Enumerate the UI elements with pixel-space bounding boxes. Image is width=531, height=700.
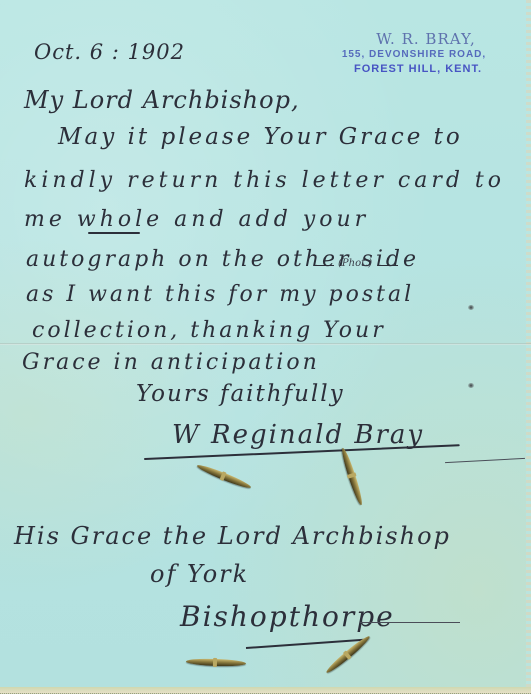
signature-tail [445, 458, 525, 463]
brass-fastener-icon [339, 447, 364, 506]
address-line: Bishopthorpe [180, 600, 395, 633]
closing: Yours faithfully [136, 381, 345, 407]
salutation: My Lord Archbishop, [24, 86, 300, 114]
body-line: as I want this for my postal [26, 282, 414, 307]
brass-fastener-icon [186, 658, 246, 667]
address-line: of York [150, 560, 249, 588]
signature: W Reginald Bray [172, 420, 424, 450]
address-flourish [246, 639, 366, 649]
address-flourish-tail [360, 622, 460, 623]
annotation-dash-left [316, 265, 334, 266]
annotation-dash-right [380, 265, 398, 266]
letter-card: W. R. BRAY, 155, DEVONSHIRE ROAD, FOREST… [0, 0, 531, 694]
perforated-edge [526, 0, 531, 694]
body-line: Grace in anticipation [22, 350, 320, 375]
pin-hole [468, 383, 474, 388]
pin-hole [468, 305, 474, 310]
annotation-phot: (Phot.) [338, 258, 372, 269]
stamp-town: FOREST HILL, KENT. [333, 63, 503, 75]
rubber-stamp-address: W. R. BRAY, 155, DEVONSHIRE ROAD, FOREST… [333, 30, 503, 75]
body-line: May it please Your Grace to [58, 124, 463, 150]
body-line: collection, thanking Your [32, 318, 386, 343]
underline-whole [88, 232, 140, 234]
stamp-street: 155, DEVONSHIRE ROAD, [325, 49, 503, 60]
body-line: me whole and add your [24, 207, 369, 232]
letter-date: Oct. 6 : 1902 [34, 40, 185, 64]
brass-fastener-icon [196, 462, 252, 490]
address-line: His Grace the Lord Archbishop [14, 522, 451, 550]
body-line: kindly return this letter card to [24, 168, 505, 193]
fold-crease [0, 343, 531, 345]
stamp-sender-name: W. R. BRAY, [349, 30, 503, 48]
